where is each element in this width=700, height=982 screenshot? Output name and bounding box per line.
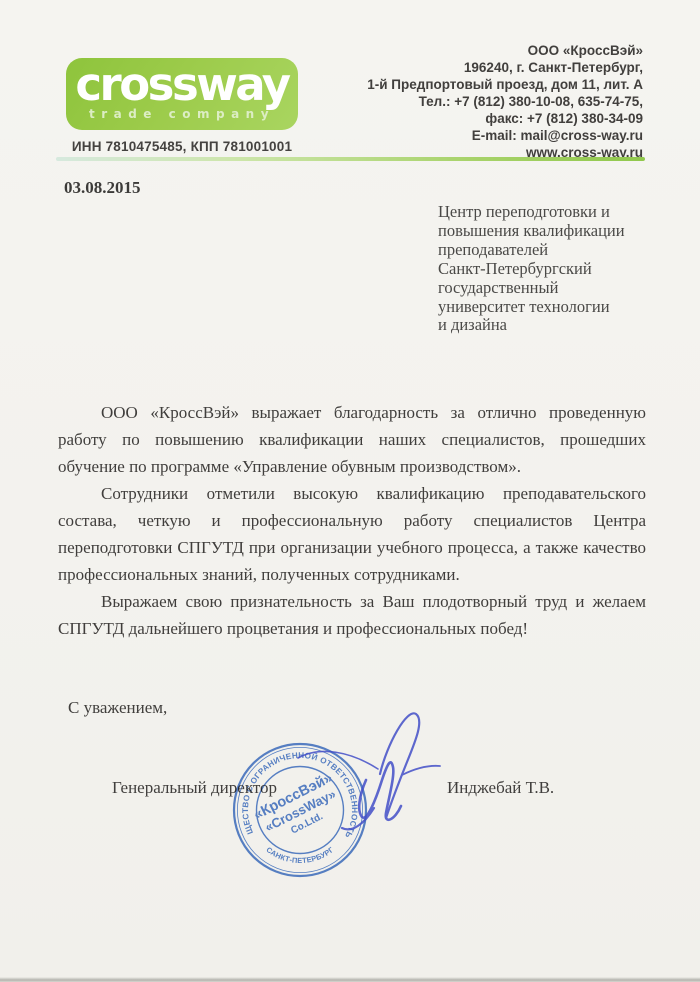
recipient-line: повышения квалификации — [438, 222, 625, 241]
company-fax: факс: +7 (812) 380-34-09 — [367, 110, 643, 127]
scan-bottom-edge — [0, 977, 700, 982]
paragraph-feedback: Сотрудники отметили высокую квалификацию… — [58, 480, 646, 588]
paragraph-wishes: Выражаем свою признательность за Ваш пло… — [58, 588, 646, 642]
letterhead-divider-rule — [56, 157, 645, 161]
company-contact-block: ООО «КроссВэй» 196240, г. Санкт-Петербур… — [367, 42, 643, 161]
crossway-logo: crossway trade company — [66, 58, 298, 130]
recipient-line: Центр переподготовки и — [438, 203, 625, 222]
signature-loop-stroke — [380, 713, 419, 818]
recipient-line: и дизайна — [438, 316, 625, 335]
company-street-address: 1-й Предпортовый проезд, дом 11, лит. А — [367, 76, 643, 93]
paragraph-gratitude: ООО «КроссВэй» выражает благодарность за… — [58, 399, 646, 480]
letter-body: ООО «КроссВэй» выражает благодарность за… — [58, 399, 646, 642]
letter-date: 03.08.2015 — [64, 178, 141, 198]
company-postal-city: 196240, г. Санкт-Петербург, — [367, 59, 643, 76]
logo-brand-text: crossway — [75, 64, 288, 106]
company-name: ООО «КроссВэй» — [367, 42, 643, 59]
logo-tagline-text: trade company — [89, 107, 275, 121]
recipient-block: Центр переподготовки и повышения квалифи… — [438, 203, 625, 335]
scanned-letter-page: crossway trade company ИНН 7810475485, К… — [0, 0, 700, 982]
signature-lead-stroke — [298, 751, 378, 769]
closing-salutation: С уважением, — [68, 698, 167, 718]
recipient-line: государственный — [438, 279, 625, 298]
company-inn-kpp: ИНН 7810475485, КПП 781001001 — [66, 139, 298, 154]
recipient-line: университет технологии — [438, 298, 625, 317]
handwritten-signature — [250, 680, 500, 880]
company-phone: Тел.: +7 (812) 380-10-08, 635-74-75, — [367, 93, 643, 110]
company-email: E-mail: mail@cross-way.ru — [367, 127, 643, 144]
recipient-line: преподавателей — [438, 241, 625, 260]
recipient-line: Санкт-Петербургский — [438, 260, 625, 279]
signature-dash-stroke — [402, 766, 440, 775]
